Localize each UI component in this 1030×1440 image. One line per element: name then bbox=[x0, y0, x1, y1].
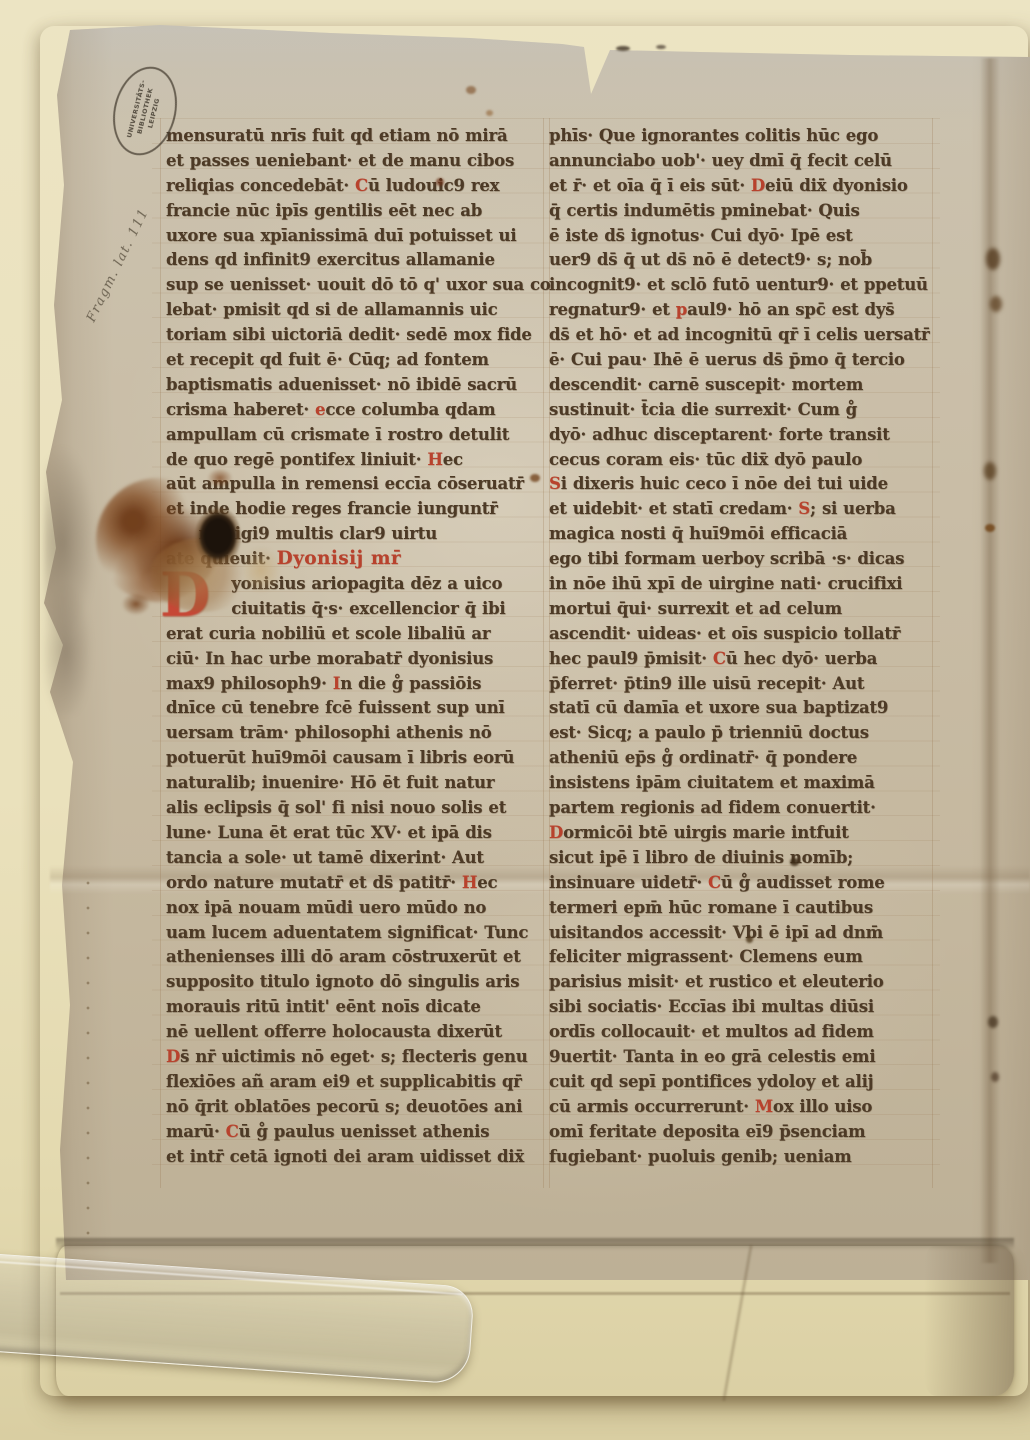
rubricated-text: D bbox=[751, 175, 765, 195]
wormhole bbox=[746, 936, 753, 943]
text-line: naturalib; inuenire· Hō ēt fuit natur bbox=[166, 771, 548, 797]
ink-text: ū g̊ audisset rome bbox=[721, 872, 885, 892]
text-line: uxore sua xpīanissimā duī potuisset ui bbox=[166, 223, 548, 249]
text-line: marū· Cū g̊ paulus uenisset athenis bbox=[166, 1119, 548, 1145]
ink-text: morauis ritū intit' eēnt noīs dicate bbox=[166, 997, 481, 1017]
ink-text: descendit· carnē suscepit· mortem bbox=[549, 375, 863, 395]
text-line: uersam trām· philosophi athenis nō bbox=[166, 721, 548, 747]
stain-spot bbox=[436, 178, 444, 186]
ink-text: naturalib; inuenire· Hō ēt fuit natur bbox=[166, 773, 494, 793]
text-line: omī feritate deposita eī9 p̄senciam bbox=[549, 1119, 931, 1145]
rubricated-text: p bbox=[676, 300, 687, 320]
ink-text: cecus coram eis· tūc dix̄ dyō paulo bbox=[549, 449, 862, 469]
stain-spot bbox=[530, 474, 540, 482]
text-line: hec paul9 p̄misit· Cū hec dyō· uerba bbox=[549, 646, 931, 672]
rubricated-text: H bbox=[462, 872, 477, 892]
ink-text: phīs· Que ignorantes colitis hūc ego bbox=[549, 126, 878, 146]
text-line: insistens ipām ciuitatem et maximā bbox=[549, 771, 931, 797]
text-line: francie nūc ipīs gentilis eēt nec ab bbox=[166, 198, 548, 224]
text-line: dyō· adhuc disceptarent· forte transit bbox=[549, 422, 931, 448]
text-line: regnatur9· et paul9· hō an spc̄ est dys̄ bbox=[549, 298, 931, 324]
ink-text: sustinuit· t̄cia die surrexit· Cum g̊ bbox=[549, 399, 857, 419]
ink-text: ū ludouic9 rex bbox=[368, 175, 499, 195]
text-line: et r̄· et oīa q̄ ī eis sūt· Deiū dix̄ dy… bbox=[549, 173, 931, 199]
ink-text: et passes ueniebant· et de manu cibos bbox=[166, 151, 514, 171]
text-line: toriam sibi uictoriā dedit· sedē mox fid… bbox=[166, 323, 548, 349]
ink-text: de quo regē pontifex liniuit· bbox=[166, 449, 427, 469]
wormhole bbox=[790, 858, 799, 866]
text-line: cuit qd sepī pontifices ydoloy et alij bbox=[549, 1069, 931, 1095]
ink-text: est· Sicq; a paulo p̄ trienniū doctus bbox=[549, 723, 869, 743]
text-line: in nōe ihū xpī de uirgine nati· crucifix… bbox=[549, 572, 931, 598]
vertical-fold-crease bbox=[980, 58, 1000, 1263]
text-line: et intr̄ cetā ignoti dei aram uidisset d… bbox=[166, 1144, 548, 1170]
text-line: q̄ certis indumētis pminebat· Quis bbox=[549, 198, 931, 224]
text-line: uer9 ds̄ q̄ ut ds̄ nō ē detect9· s; nob̄ bbox=[549, 248, 931, 274]
ink-text: regnatur9· et bbox=[549, 300, 676, 320]
text-line: ego tibi formam uerboy scribā ·s· dicas bbox=[549, 547, 931, 573]
ink-text: uer9 ds̄ q̄ ut ds̄ nō ē detect9· s; nob̄ bbox=[549, 250, 872, 270]
text-line: p̄ferret· p̄tin9 ille uisū recepit· Aut bbox=[549, 671, 931, 697]
text-line: flexiōes añ aram ei9 et supplicabitis qr… bbox=[166, 1069, 548, 1095]
manuscript-photograph: { "stamp": { "line1": "UNIVERSITÄTS-", "… bbox=[0, 0, 1030, 1440]
text-line: ē iste ds̄ ignotus· Cui dyō· Ipē est bbox=[549, 223, 931, 249]
text-line: ordīs collocauit· et multos ad fidem bbox=[549, 1020, 931, 1046]
text-line: phīs· Que ignorantes colitis hūc ego bbox=[549, 124, 931, 150]
ink-text: q̄ certis indumētis pminebat· Quis bbox=[549, 200, 860, 220]
text-line: uisitandos accessit· Vbi ē ipī ad dnm̄ bbox=[549, 920, 931, 946]
stain-spot bbox=[486, 110, 493, 116]
text-line: magica nosti q̄ huī9mōi efficaciā bbox=[549, 522, 931, 548]
edge-speck bbox=[656, 45, 666, 49]
ink-text: p̄ferret· p̄tin9 ille uisū recepit· Aut bbox=[549, 673, 864, 693]
ink-text: francie nūc ipīs gentilis eēt nec ab bbox=[166, 200, 482, 220]
ink-text: partem regionis ad fidem conuertit· bbox=[549, 798, 876, 818]
text-line: max9 philosoph9· In die g̊ passiōis bbox=[166, 671, 548, 697]
ruling-vertical-right-outer bbox=[932, 118, 933, 1188]
ink-text: dyō· adhuc disceptarent· forte transit bbox=[549, 424, 890, 444]
ink-text: ciū· In hac urbe morabatr̄ dyonisius bbox=[166, 648, 493, 668]
ink-text: s̄ nr̄ uictimis nō eget· s; flecteris ge… bbox=[180, 1047, 528, 1067]
ink-text: feliciter migrassent· Clemens eum bbox=[549, 947, 863, 967]
ink-text: ordo nature mutatr̄ et ds̄ patitr̄· bbox=[166, 872, 462, 892]
crease-stain bbox=[984, 462, 996, 480]
text-line: Dormicōi btē uirgis marie intfuit bbox=[549, 821, 931, 847]
text-line: insinuare uidetr̄· Cū g̊ audisset rome bbox=[549, 870, 931, 896]
text-line: morauis ritū intit' eēnt noīs dicate bbox=[166, 995, 548, 1021]
text-line: reliqias concedebāt· Cū ludouic9 rex bbox=[166, 173, 548, 199]
ink-text: omī feritate deposita eī9 p̄senciam bbox=[549, 1121, 865, 1141]
rubricated-text: e bbox=[315, 399, 325, 419]
ink-text: uersam trām· philosophi athenis nō bbox=[166, 723, 492, 743]
rubricated-text: C bbox=[355, 175, 368, 195]
ink-text: ascendit· uideas· et oīs suspicio tollat… bbox=[549, 623, 900, 643]
ink-text: incognit9· et sclō futō uentur9· et ppet… bbox=[549, 275, 928, 295]
crease-stain bbox=[988, 1016, 998, 1028]
text-line: 9uertit· Tanta in eo grā celestis emi bbox=[549, 1045, 931, 1071]
ink-text: fugiebant· puoluis genib; ueniam bbox=[549, 1146, 852, 1166]
text-line: sicut ipē ī libro de diuinis nomīb; bbox=[549, 845, 931, 871]
text-line: ascendit· uideas· et oīs suspicio tollat… bbox=[549, 621, 931, 647]
ink-text: ordīs collocauit· et multos ad fidem bbox=[549, 1022, 874, 1042]
text-line: parisius misit· et rustico et eleuterio bbox=[549, 970, 931, 996]
ink-text: ; si uerba bbox=[810, 499, 896, 519]
text-line: ampullam cū crismate ī rostro detulit bbox=[166, 422, 548, 448]
ink-text: baptismatis aduenisset· nō ibidē sacrū bbox=[166, 375, 517, 395]
crease-stain bbox=[990, 296, 1002, 312]
ink-text: sup se uenisset· uouit dō tō q' uxor sua… bbox=[166, 275, 551, 295]
rubricated-text: D bbox=[166, 1047, 180, 1067]
ink-text: max9 philosoph9· bbox=[166, 673, 333, 693]
rubricated-text: C bbox=[226, 1121, 239, 1141]
ink-text: nox ipā nouam mūdi uero mūdo no bbox=[166, 897, 486, 917]
rubricated-text: C bbox=[708, 872, 721, 892]
text-line: uam lucem aduentatem significat· Tunc bbox=[166, 920, 548, 946]
text-line: sup se uenisset· uouit dō tō q' uxor sua… bbox=[166, 273, 548, 299]
text-line: termeri epm̄ hūc romane ī cautibus bbox=[549, 895, 931, 921]
text-line: dnīce cū tenebre fcē fuissent sup unī bbox=[166, 696, 548, 722]
text-line: annunciabo uob'· uey dmī q̄ fecit celū bbox=[549, 149, 931, 175]
parchment-hole bbox=[194, 506, 242, 566]
ink-text: n die g̊ passiōis bbox=[340, 673, 481, 693]
rubricated-text: D bbox=[549, 823, 563, 843]
ink-text: et uidebit· et statī credam· bbox=[549, 499, 798, 519]
text-line: et recepit qd fuit ē· Cūq; ad fontem bbox=[166, 348, 548, 374]
ink-text: nē uellent offerre holocausta dixerūt bbox=[166, 1022, 502, 1042]
ink-text: ū g̊ paulus uenisset athenis bbox=[239, 1121, 490, 1141]
ink-text: atheniū ep̄s g̊ ordinatr̄· q̄ pondere bbox=[549, 748, 857, 768]
ink-text: statī cū damīa et uxore sua baptizat9 bbox=[549, 698, 888, 718]
tan-crust-patch bbox=[234, 538, 288, 602]
text-line: nē uellent offerre holocausta dixerūt bbox=[166, 1020, 548, 1046]
ink-text: marū· bbox=[166, 1121, 226, 1141]
ink-text: ū hec dyō· uerba bbox=[726, 648, 877, 668]
rubricated-text: C bbox=[713, 648, 726, 668]
text-line: Ds̄ nr̄ uictimis nō eget· s; flecteris g… bbox=[166, 1045, 548, 1071]
text-line: supposito titulo ignoto dō singulis aris bbox=[166, 970, 548, 996]
ink-text: ox illo uiso bbox=[773, 1096, 872, 1116]
ink-text: lebat· pmisit qd si de allamannis uic bbox=[166, 300, 497, 320]
text-line: sibi sociatis· Eccīas ibi multas diūsi bbox=[549, 995, 931, 1021]
ink-text: cū armis occurrerunt· bbox=[549, 1096, 755, 1116]
text-line: sustinuit· t̄cia die surrexit· Cum g̊ bbox=[549, 397, 931, 423]
ink-text: nō q̄rit oblatōes pecorū s; deuotōes ani bbox=[166, 1096, 522, 1116]
ink-text: insinuare uidetr̄· bbox=[549, 872, 708, 892]
text-line: ordo nature mutatr̄ et ds̄ patitr̄· Hec bbox=[166, 870, 548, 896]
ink-text: ec bbox=[477, 872, 497, 892]
ink-text: ē iste ds̄ ignotus· Cui dyō· Ipē est bbox=[549, 225, 853, 245]
text-line: et passes ueniebant· et de manu cibos bbox=[166, 149, 548, 175]
text-line: partem regionis ad fidem conuertit· bbox=[549, 796, 931, 822]
text-line: feliciter migrassent· Clemens eum bbox=[549, 945, 931, 971]
ink-text: tancia a sole· ut tamē dixerint· Aut bbox=[166, 848, 484, 868]
rubricated-text: M bbox=[755, 1096, 773, 1116]
text-line: nō q̄rit oblatōes pecorū s; deuotōes ani bbox=[166, 1094, 548, 1120]
ink-text: eiū dix̄ dyonisio bbox=[765, 175, 908, 195]
ink-text: flexiōes añ aram ei9 et supplicabitis qr… bbox=[166, 1072, 522, 1092]
ink-text: et intr̄ cetā ignoti dei aram uidisset d… bbox=[166, 1146, 524, 1166]
crease-stain bbox=[986, 248, 1000, 270]
text-line: athenienses illi dō aram cōstruxerūt et bbox=[166, 945, 548, 971]
rubricated-text: S bbox=[798, 499, 810, 519]
ink-text: toriam sibi uictoriā dedit· sedē mox fid… bbox=[166, 325, 532, 345]
stain-spot bbox=[466, 86, 476, 94]
ink-text: lune· Luna ēt erat tūc XV· et ipā dis bbox=[166, 823, 492, 843]
ink-text: termeri epm̄ hūc romane ī cautibus bbox=[549, 897, 873, 917]
ink-text: i dixeris huic ceco ī nōe dei tui uide bbox=[561, 474, 888, 494]
ink-text: erat curia nobiliū et scole libaliū ar bbox=[166, 623, 490, 643]
ink-text: athenienses illi dō aram cōstruxerūt et bbox=[166, 947, 521, 967]
ink-text: uxore sua xpīanissimā duī potuisset ui bbox=[166, 225, 516, 245]
ink-text: et recepit qd fuit ē· Cūq; ad fontem bbox=[166, 350, 489, 370]
text-line: crisma haberet· ecce columba qdam bbox=[166, 397, 548, 423]
ink-text: uam lucem aduentatem significat· Tunc bbox=[166, 922, 528, 942]
text-line: ds̄ et hō· et ad incognitū qr̄ ī celis u… bbox=[549, 323, 931, 349]
text-line: descendit· carnē suscepit· mortem bbox=[549, 373, 931, 399]
text-line: fugiebant· puoluis genib; ueniam bbox=[549, 1144, 931, 1170]
ink-text: cce columba qdam bbox=[325, 399, 495, 419]
ink-text: potuerūt huī9mōi causam ī libris eorū bbox=[166, 748, 514, 768]
text-line: potuerūt huī9mōi causam ī libris eorū bbox=[166, 746, 548, 772]
ink-text: parisius misit· et rustico et eleuterio bbox=[549, 972, 884, 992]
text-line: dens qd infinit9 exercitus allamanie bbox=[166, 248, 548, 274]
ink-text: cuit qd sepī pontifices ydoloy et alij bbox=[549, 1072, 873, 1092]
ink-text: 9uertit· Tanta in eo grā celestis emi bbox=[549, 1047, 875, 1067]
ink-text: ego tibi formam uerboy scribā ·s· dicas bbox=[549, 549, 904, 569]
ink-text: ampullam cū crismate ī rostro detulit bbox=[166, 424, 509, 444]
text-line: et uidebit· et statī credam· S; si uerba bbox=[549, 497, 931, 523]
rubricated-text: H bbox=[427, 449, 442, 469]
text-line: lune· Luna ēt erat tūc XV· et ipā dis bbox=[166, 821, 548, 847]
rust-stain-small bbox=[118, 590, 154, 618]
ink-text: dens qd infinit9 exercitus allamanie bbox=[166, 250, 495, 270]
text-column-right: phīs· Que ignorantes colitis hūc egoannu… bbox=[549, 124, 931, 1169]
text-line: statī cū damīa et uxore sua baptizat9 bbox=[549, 696, 931, 722]
ink-text: ds̄ et hō· et ad incognitū qr̄ ī celis u… bbox=[549, 325, 930, 345]
text-line: nox ipā nouam mūdi uero mūdo no bbox=[166, 895, 548, 921]
ink-text: ormicōi btē uirgis marie intfuit bbox=[563, 823, 849, 843]
text-line: atheniū ep̄s g̊ ordinatr̄· q̄ pondere bbox=[549, 746, 931, 772]
ink-text: reliqias concedebāt· bbox=[166, 175, 355, 195]
text-line: ē· Cui pau· Ihē ē uerus ds̄ p̄mo q̄ terc… bbox=[549, 348, 931, 374]
text-line: est· Sicq; a paulo p̄ trienniū doctus bbox=[549, 721, 931, 747]
ink-text: in nōe ihū xpī de uirgine nati· crucifix… bbox=[549, 574, 902, 594]
text-line: tancia a sole· ut tamē dixerint· Aut bbox=[166, 845, 548, 871]
text-line: Si dixeris huic ceco ī nōe dei tui uide bbox=[549, 472, 931, 498]
text-line: ciū· In hac urbe morabatr̄ dyonisius bbox=[166, 646, 548, 672]
ruling-vertical-left-outer bbox=[160, 118, 161, 1188]
ink-text: dnīce cū tenebre fcē fuissent sup unī bbox=[166, 698, 505, 718]
rust-stain-upper bbox=[204, 466, 236, 490]
ink-text: hec paul9 p̄misit· bbox=[549, 648, 713, 668]
text-line: lebat· pmisit qd si de allamannis uic bbox=[166, 298, 548, 324]
stain-spot bbox=[985, 524, 995, 532]
ink-text: annunciabo uob'· uey dmī q̄ fecit celū bbox=[549, 151, 892, 171]
ink-text: aul9· hō an spc̄ est dys̄ bbox=[687, 300, 894, 320]
ink-text: ē· Cui pau· Ihē ē uerus ds̄ p̄mo q̄ terc… bbox=[549, 350, 905, 370]
ink-text: mortui q̄ui· surrexit et ad celum bbox=[549, 599, 842, 619]
text-line: incognit9· et sclō futō uentur9· et ppet… bbox=[549, 273, 931, 299]
ink-text: magica nosti q̄ huī9mōi efficaciā bbox=[549, 524, 847, 544]
text-column-left: mensuratū nrīs fuit qd etiam nō mirāet p… bbox=[166, 124, 548, 1169]
ink-text: et r̄· et oīa q̄ ī eis sūt· bbox=[549, 175, 751, 195]
text-line: mensuratū nrīs fuit qd etiam nō mirā bbox=[166, 124, 548, 150]
ink-text: sibi sociatis· Eccīas ibi multas diūsi bbox=[549, 997, 874, 1017]
ink-text: uisitandos accessit· Vbi ē ipī ad dnm̄ bbox=[549, 922, 883, 942]
ink-text: mensuratū nrīs fuit qd etiam nō mirā bbox=[166, 126, 507, 146]
text-line: cecus coram eis· tūc dix̄ dyō paulo bbox=[549, 447, 931, 473]
crease-stain bbox=[991, 1072, 999, 1082]
ink-text: supposito titulo ignoto dō singulis aris bbox=[166, 972, 519, 992]
rubricated-text: Dyonisij mr̄ bbox=[277, 548, 401, 570]
text-line: erat curia nobiliū et scole libaliū ar bbox=[166, 621, 548, 647]
text-line: mortui q̄ui· surrexit et ad celum bbox=[549, 597, 931, 623]
edge-speck bbox=[616, 46, 630, 51]
ink-text: crisma haberet· bbox=[166, 399, 315, 419]
text-line: cū armis occurrerunt· Mox illo uiso bbox=[549, 1094, 931, 1120]
ink-text: sicut ipē ī libro de diuinis nomīb; bbox=[549, 848, 853, 868]
pricking-holes bbox=[86, 880, 90, 1245]
rubricated-text: S bbox=[549, 474, 561, 494]
text-line: alis eclipsis q̄ sol' fi nisi nouo solis… bbox=[166, 796, 548, 822]
text-line: baptismatis aduenisset· nō ibidē sacrū bbox=[166, 373, 548, 399]
ink-text: insistens ipām ciuitatem et maximā bbox=[549, 773, 875, 793]
ink-text: alis eclipsis q̄ sol' fi nisi nouo solis… bbox=[166, 798, 506, 818]
ink-text: ec bbox=[443, 449, 463, 469]
